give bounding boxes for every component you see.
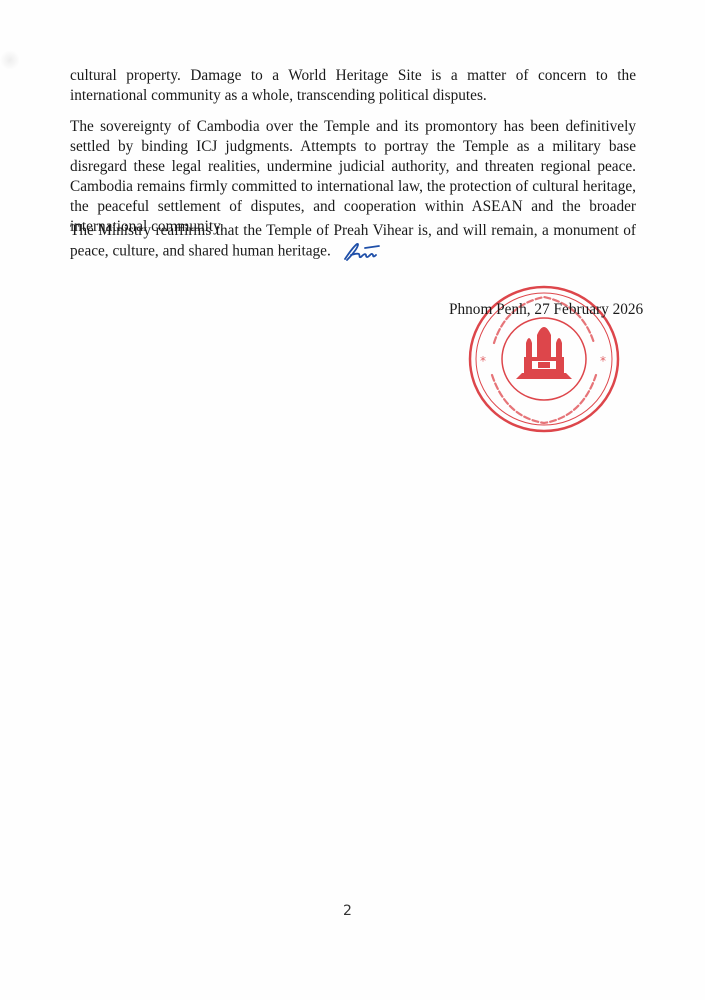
scan-artifact: [0, 50, 20, 70]
place-and-date: Phnom Penh, 27 February 2026: [449, 300, 643, 320]
svg-text:*: *: [600, 354, 606, 368]
paragraph-cultural-property: cultural property. Damage to a World Her…: [70, 66, 636, 106]
paragraph-ministry-reaffirms: The Ministry reaffirms that the Temple o…: [70, 221, 636, 263]
signature-icon: [339, 241, 385, 263]
paragraph-sovereignty: The sovereignty of Cambodia over the Tem…: [70, 117, 636, 237]
svg-text:*: *: [480, 354, 486, 368]
document-page: cultural property. Damage to a World Her…: [0, 0, 705, 1000]
page-number: 2: [343, 903, 352, 919]
